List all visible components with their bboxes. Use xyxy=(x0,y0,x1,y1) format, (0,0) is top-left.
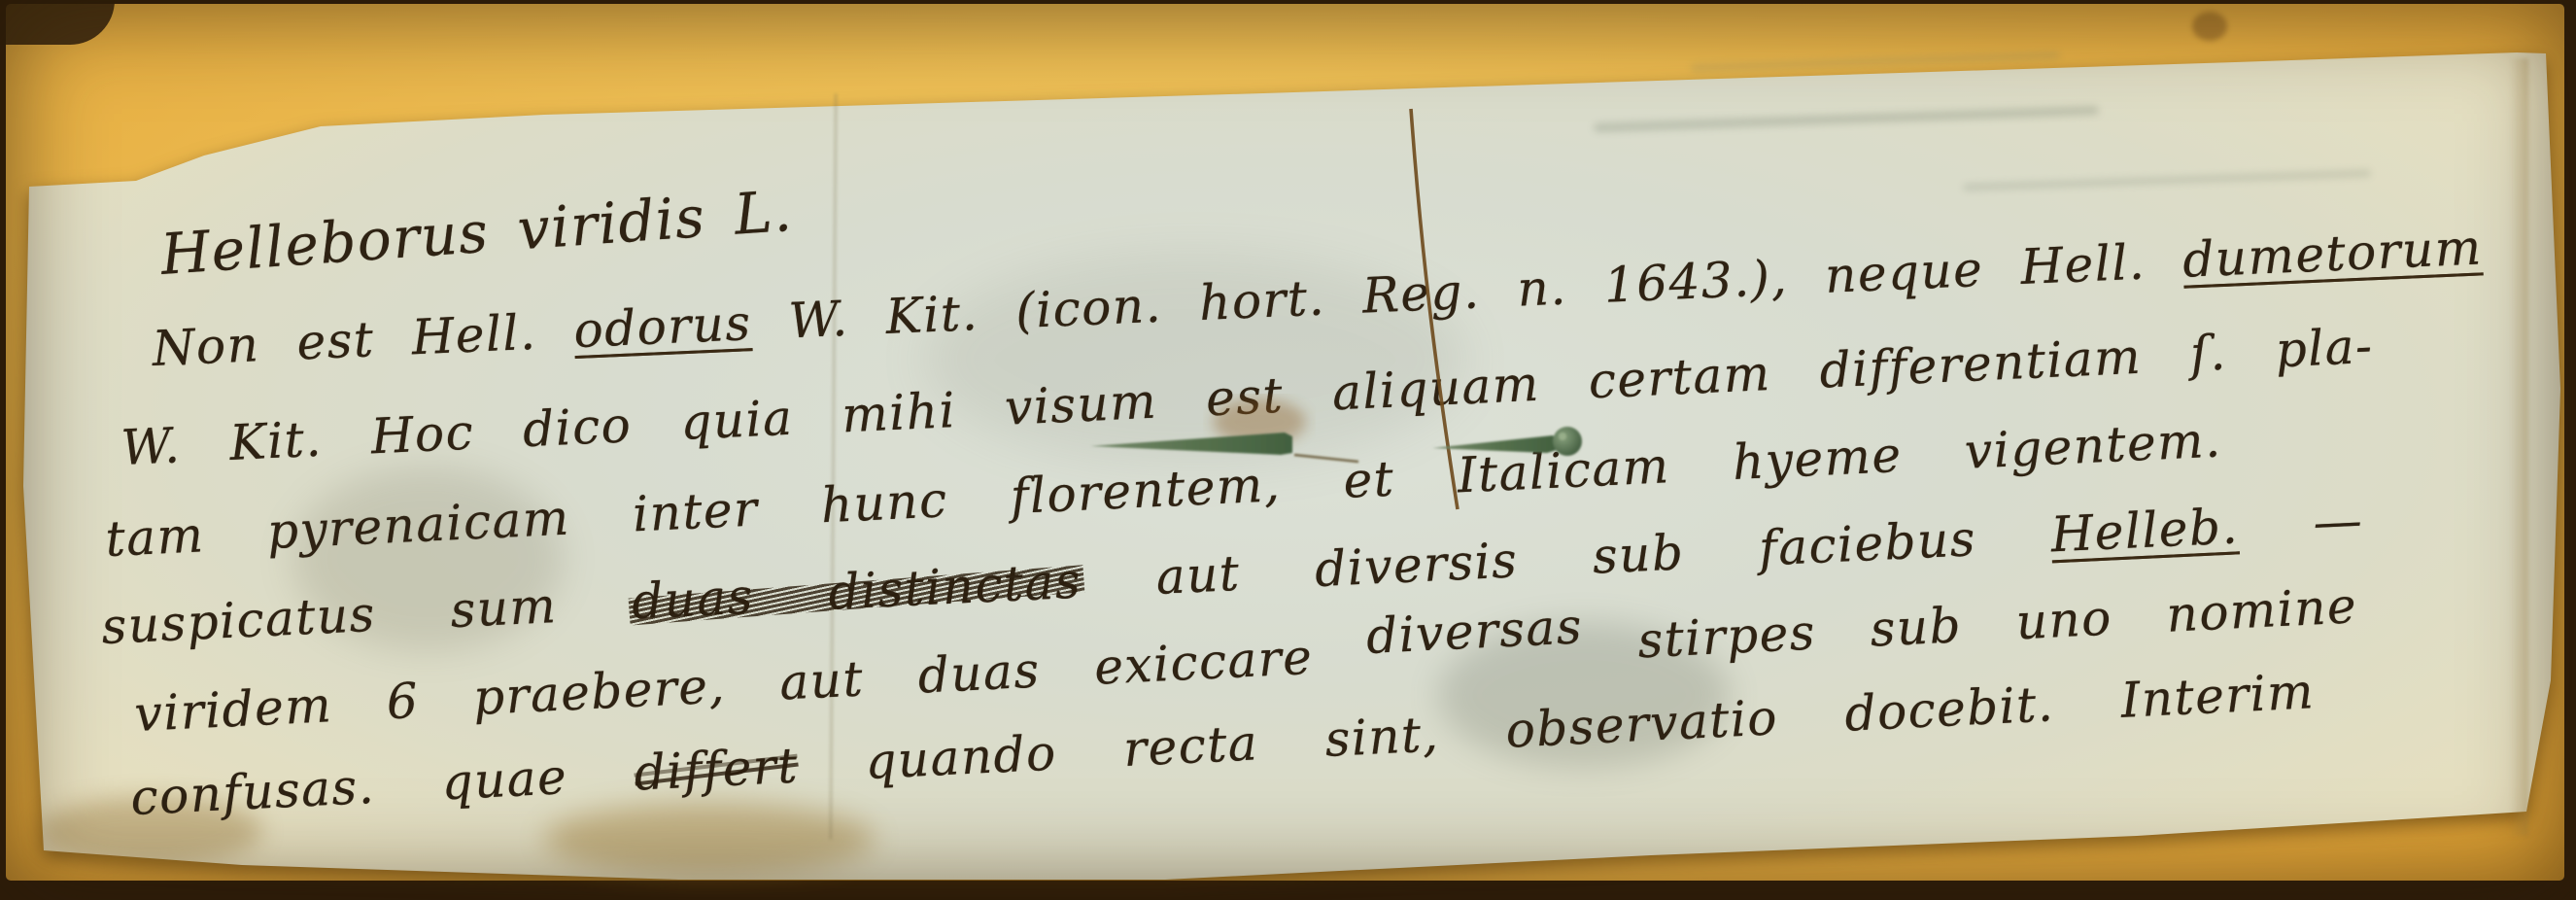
species-name: Helleborus viridis L. xyxy=(158,178,795,288)
inserted-word: diversas xyxy=(1365,598,1584,665)
text-segment: aut diversis sub faciebus xyxy=(1080,506,2052,608)
underlined-word: dumetorum xyxy=(2181,219,2484,288)
text-segment: suspicatus sum xyxy=(100,573,633,655)
text-segment: stirpes sub uno nomine xyxy=(1582,577,2358,672)
photo-frame: Helleborus viridis L. Non est Hell. odor… xyxy=(0,0,2576,900)
text-segment: W. Kit. (icon. hort. Reg. n. 1643.), neq… xyxy=(750,232,2184,351)
underlined-word: Helleb. xyxy=(2049,498,2240,563)
handwriting-layer: Helleborus viridis L. Non est Hell. odor… xyxy=(0,0,2576,900)
text-segment: Non est Hell. xyxy=(151,302,574,377)
text-segment: confusas. quae xyxy=(129,745,635,826)
underlined-word: odorus xyxy=(572,294,752,359)
handwritten-heading: Helleborus viridis L. xyxy=(158,178,795,288)
struck-out-word: differt xyxy=(633,737,800,801)
text-segment: — xyxy=(2237,492,2364,554)
struck-out-word: duas distinctas xyxy=(631,553,1082,631)
